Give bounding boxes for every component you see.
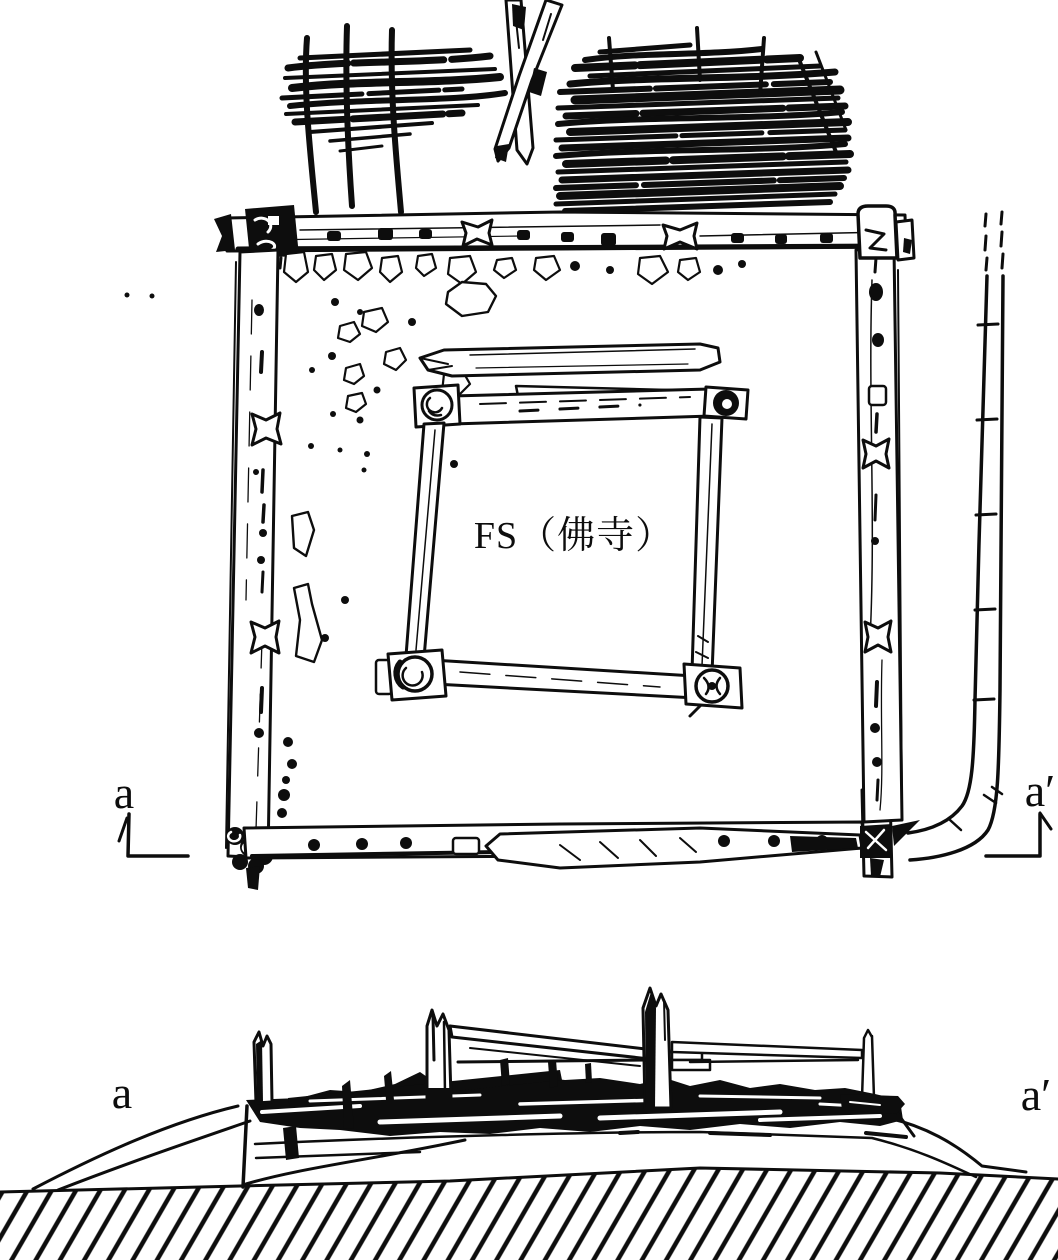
inner-loose-beam: [420, 344, 720, 376]
plan-right-beam: [856, 248, 902, 822]
section-marker-right-label: a′: [1021, 1069, 1051, 1120]
section-marker-left-label: a: [112, 1067, 132, 1118]
inner-top-rail: [452, 389, 712, 424]
inner-joint-bottom-left: [376, 650, 446, 700]
plan-left-beam: [226, 250, 290, 858]
inner-bottom-rail: [432, 660, 696, 698]
plan-marker-left-label: a: [114, 767, 134, 818]
section-ground-hatch: [0, 1168, 1058, 1260]
wattle-panel: [282, 26, 505, 212]
figure-canvas: FS（佛寺） a a′: [0, 0, 1058, 1260]
section-view: a a′: [0, 988, 1058, 1260]
brushwood-pile: [556, 28, 850, 211]
plan-view: FS（佛寺） a a′: [114, 205, 1055, 890]
inner-joint-top-left: [414, 385, 460, 427]
plan-marker-right-label: a′: [1025, 765, 1055, 816]
plan-bottom-beam: [244, 822, 864, 868]
inner-joint-bottom-right: [684, 664, 742, 716]
plan-section-marker-left: a: [114, 767, 188, 856]
plan-top-beam: [214, 212, 906, 252]
inner-left-rail: [406, 423, 444, 658]
inner-right-rail: [692, 417, 722, 674]
fallen-pole-right: [908, 212, 1003, 860]
plan-label: FS（佛寺）: [474, 515, 674, 557]
archaeological-drawing: FS（佛寺） a a′: [0, 0, 1058, 1260]
crossed-sticks: [495, 0, 562, 164]
inner-joint-top-right: [704, 387, 748, 419]
